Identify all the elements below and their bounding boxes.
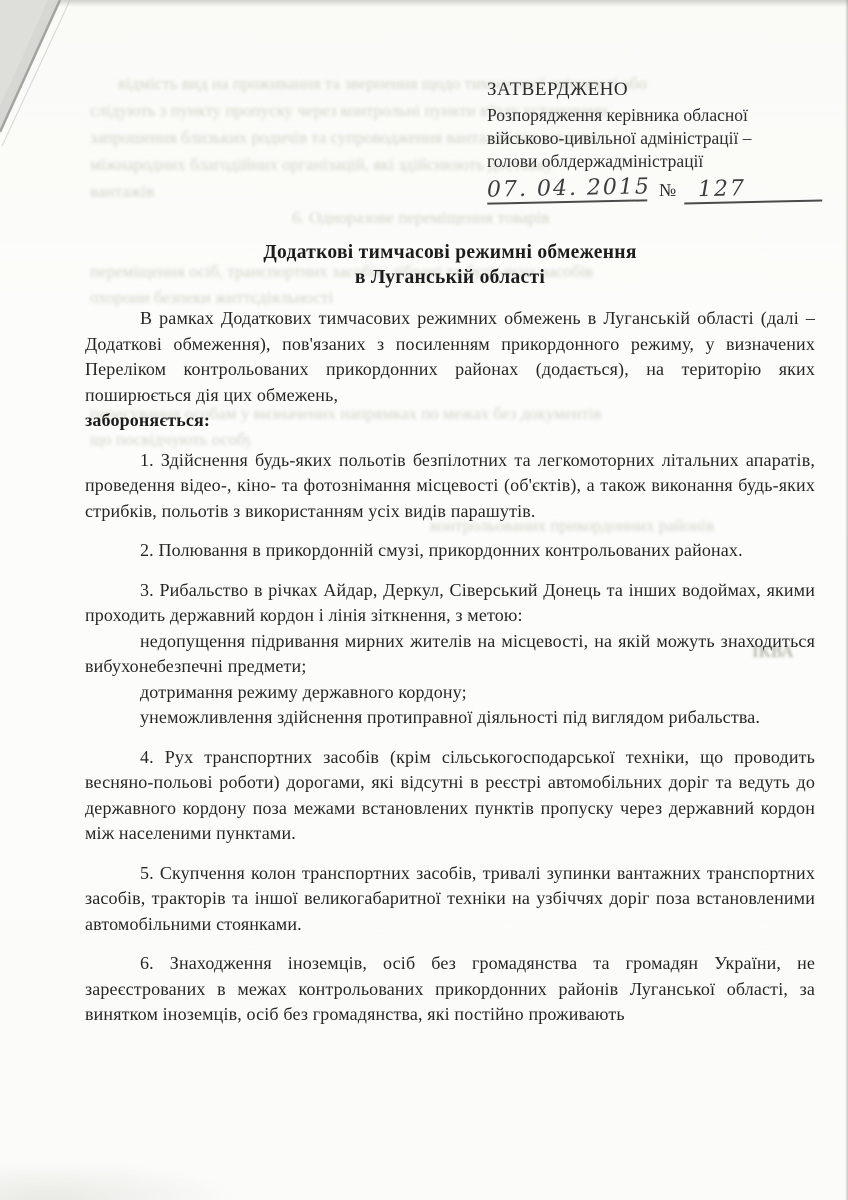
item-5: 5. Скупчення колон транспортних засобів,… xyxy=(85,861,815,938)
approved-heading: ЗАТВЕРДЖЕНО xyxy=(487,78,822,101)
numero-sign: № xyxy=(659,179,676,202)
document-title-line-2: в Луганській області xyxy=(85,265,815,290)
scan-bottom-smudge xyxy=(0,1160,240,1200)
date-number-row: 07. 04. 2015 № 127 xyxy=(487,177,822,203)
bleed-through-line: охорони безпеки життєдіяльності xyxy=(90,288,430,308)
document-body: В рамках Додаткових тимчасових режимних … xyxy=(85,306,815,1028)
approval-block: ЗАТВЕРДЖЕНО Розпорядження керівника обла… xyxy=(487,78,822,203)
intro-paragraph: В рамках Додаткових тимчасових режимних … xyxy=(85,306,815,408)
scanned-document-page: відмість вид на проживання та звернення … xyxy=(0,0,848,1200)
folded-corner xyxy=(0,0,170,230)
item-3-sub-3: унеможливлення здійснення протиправної д… xyxy=(85,705,815,731)
handwritten-date: 07. 04. 2015 xyxy=(487,175,648,204)
item-6: 6. Знаходження іноземців, осіб без грома… xyxy=(85,951,815,1028)
item-1: 1. Здійснення будь-яких польотів безпіло… xyxy=(85,448,815,525)
document-title-line-1: Додаткові тимчасові режимні обмеження xyxy=(85,240,815,265)
item-3: 3. Рибальство в річках Айдар, Деркул, Сі… xyxy=(85,578,815,629)
item-3-sub-2: дотримання режиму державного кордону; xyxy=(85,680,815,706)
approval-line: військово-цивільної адміністрації – xyxy=(487,127,822,150)
prohibited-label: забороняється: xyxy=(85,408,815,434)
approval-line: Розпорядження керівника обласної xyxy=(487,104,822,127)
handwritten-number: 127 xyxy=(684,176,822,205)
bleed-through-line: 6. Одноразове переміщення товарів xyxy=(292,208,642,228)
item-2: 2. Полювання в прикордонній смузі, прико… xyxy=(85,538,815,564)
item-4: 4. Рух транспортних засобів (крім сільсь… xyxy=(85,745,815,847)
approval-line: голови облдержадміністрації xyxy=(487,150,822,173)
item-3-sub-1: недопущення підривання мирних жителів на… xyxy=(85,629,815,680)
document-title: Додаткові тимчасові режимні обмеження в … xyxy=(85,240,815,290)
